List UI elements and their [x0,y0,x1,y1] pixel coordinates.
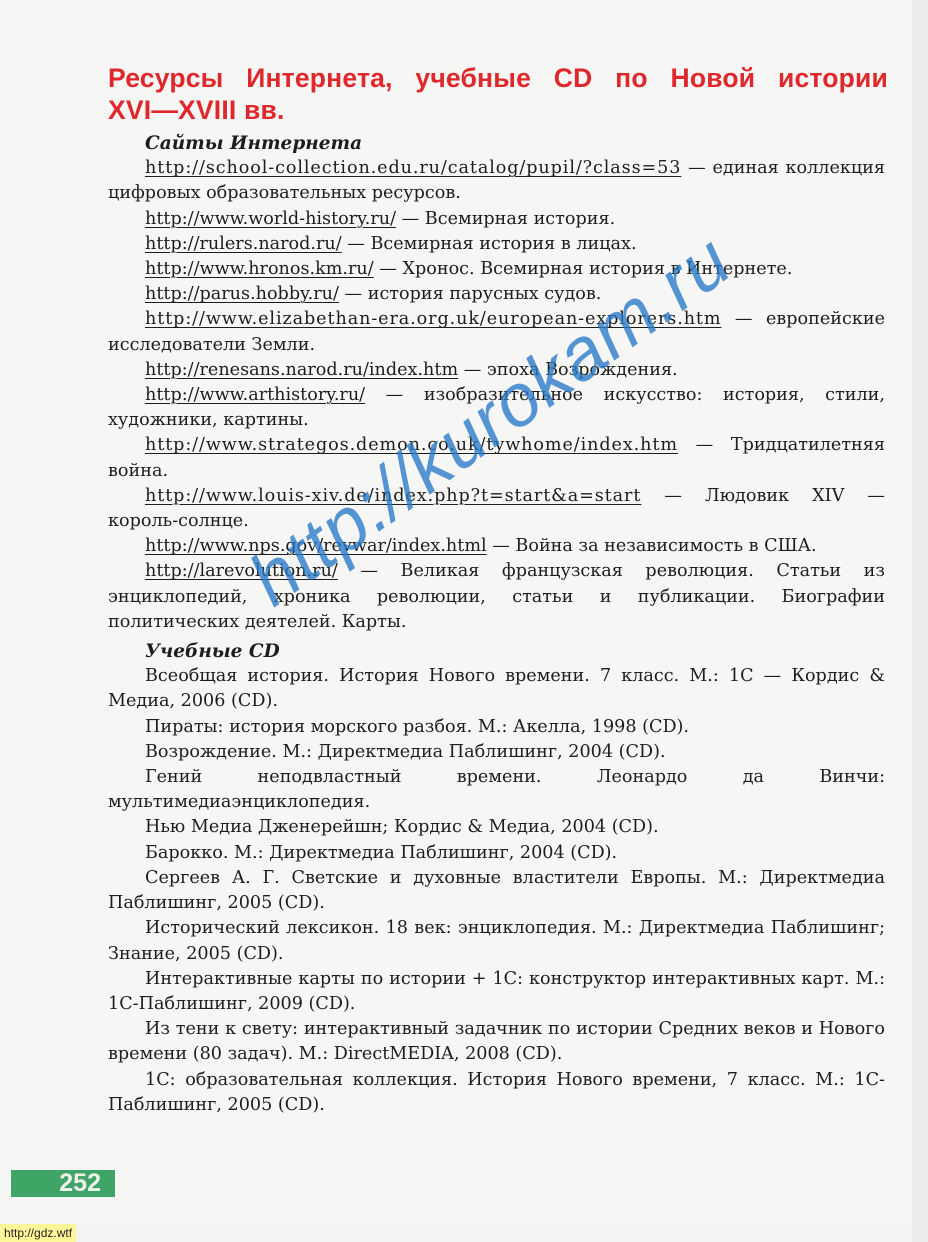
title-line-1: Ресурсы Интернета, учебные CD по Новой и… [108,62,888,94]
site-entry: http://www.strategos.demon.co.uk/tywhome… [108,433,885,483]
sites-list: http://school-collection.edu.ru/catalog/… [108,156,885,635]
cd-entry: Возрождение. М.: Директмедиа Паблишинг, … [108,740,885,765]
site-description: — Всемирная история в лицах. [342,234,637,254]
site-badge-link[interactable]: http://gdz.wtf [0,1224,76,1242]
site-entry: http://www.world-history.ru/ — Всемирная… [108,207,885,232]
site-entry: http://www.hronos.km.ru/ — Хронос. Всеми… [108,257,885,282]
site-link[interactable]: http://www.hronos.km.ru/ [145,259,374,279]
site-entry: http://www.louis-xiv.de/index.php?t=star… [108,484,885,534]
site-link[interactable]: http://larevolution.ru/ [145,561,338,581]
cd-entry: Сергеев А. Г. Светские и духовные власти… [108,866,885,916]
site-link[interactable]: http://www.arthistory.ru/ [145,385,365,405]
site-link[interactable]: http://www.nps.gov/revwar/index.html [145,536,487,556]
cd-entry: Из тени к свету: интерактивный задачник … [108,1017,885,1067]
site-entry: http://www.nps.gov/revwar/index.html — В… [108,534,885,559]
title-line-2: XVI—XVIII вв. [108,94,888,126]
site-link[interactable]: http://www.elizabethan-era.org.uk/europe… [145,309,722,329]
site-link[interactable]: http://www.strategos.demon.co.uk/tywhome… [145,435,678,455]
content: Сайты Интернета http://school-collection… [108,131,885,1118]
cd-entry: 1С: образовательная коллекция. История Н… [108,1068,885,1118]
cds-list: Всеобщая история. История Нового времени… [108,664,885,1118]
sites-heading: Сайты Интернета [108,131,885,156]
site-entry: http://larevolution.ru/ — Великая францу… [108,559,885,635]
site-description: — эпоха Возрождения. [458,360,678,380]
site-link[interactable]: http://renesans.narod.ru/index.htm [145,360,458,380]
cd-entry: Гений неподвластный времени. Леонардо да… [108,765,885,815]
cd-entry: Интерактивные карты по истории + 1С: кон… [108,967,885,1017]
site-entry: http://www.arthistory.ru/ — изобразитель… [108,383,885,433]
site-entry: http://renesans.narod.ru/index.htm — эпо… [108,358,885,383]
page-edge [912,0,928,1242]
site-link[interactable]: http://school-collection.edu.ru/catalog/… [145,158,681,178]
site-link[interactable]: http://www.world-history.ru/ [145,209,396,229]
cd-entry: Исторический лексикон. 18 век: энциклопе… [108,916,885,966]
cd-entry: Пираты: история морского разбоя. М.: Аке… [108,715,885,740]
site-description: — история парусных судов. [339,284,601,304]
site-entry: http://rulers.narod.ru/ — Всемирная исто… [108,232,885,257]
cd-entry: Нью Медиа Дженерейшн; Кордис & Медиа, 20… [108,815,885,840]
cd-entry: Барокко. М.: Директмедиа Паблишинг, 2004… [108,841,885,866]
cds-heading: Учебные CD [108,639,885,664]
page-number: 252 [11,1170,115,1197]
site-description: — Война за независимость в США. [487,536,817,556]
site-entry: http://www.elizabethan-era.org.uk/europe… [108,307,885,357]
site-link[interactable]: http://rulers.narod.ru/ [145,234,342,254]
site-description: — Всемирная история. [396,209,615,229]
site-description: — Хронос. Всемирная история в Интернете. [374,259,793,279]
site-entry: http://parus.hobby.ru/ — история парусны… [108,282,885,307]
page-title: Ресурсы Интернета, учебные CD по Новой и… [108,62,888,126]
site-link[interactable]: http://parus.hobby.ru/ [145,284,339,304]
site-link[interactable]: http://www.louis-xiv.de/index.php?t=star… [145,486,641,506]
cd-entry: Всеобщая история. История Нового времени… [108,664,885,714]
site-entry: http://school-collection.edu.ru/catalog/… [108,156,885,206]
